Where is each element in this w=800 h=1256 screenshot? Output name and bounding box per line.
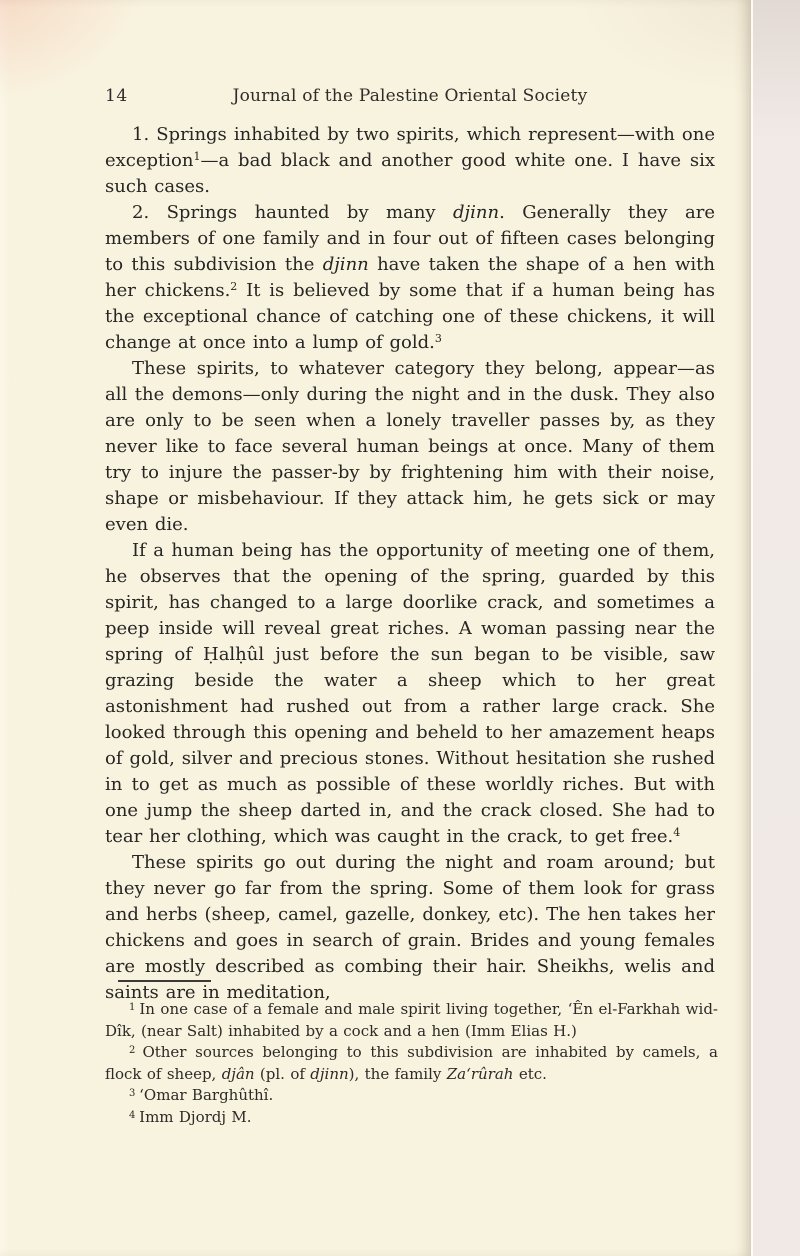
body-text: 1. Springs inhabited by two spirits, whi… — [105, 122, 715, 1006]
page-number: 14 — [105, 86, 128, 106]
scanned-page-background: 14 Journal of the Palestine Oriental Soc… — [0, 0, 800, 1256]
footnote: 2 Other sources belonging to this subdiv… — [105, 1042, 718, 1085]
journal-title: Journal of the Palestine Oriental Societ… — [105, 86, 715, 106]
book-page: 14 Journal of the Palestine Oriental Soc… — [0, 0, 753, 1256]
paragraph: These spirits go out during the night an… — [105, 850, 715, 1006]
footnote-separator-rule — [118, 980, 211, 982]
paragraph: These spirits, to whatever category they… — [105, 356, 715, 538]
page-header: 14 Journal of the Palestine Oriental Soc… — [105, 86, 715, 106]
footnotes: 1 In one case of a female and male spiri… — [105, 999, 718, 1128]
footnote: 3 ‘Omar Barghûthî. — [105, 1085, 718, 1107]
footnote: 1 In one case of a female and male spiri… — [105, 999, 718, 1042]
paragraph: If a human being has the opportunity of … — [105, 538, 715, 850]
paragraph: 2. Springs haunted by many djinn. Genera… — [105, 200, 715, 356]
paragraph: 1. Springs inhabited by two spirits, whi… — [105, 122, 715, 200]
footnote: 4 Imm Djordj M. — [105, 1107, 718, 1129]
page-edge-strip — [752, 0, 800, 1256]
